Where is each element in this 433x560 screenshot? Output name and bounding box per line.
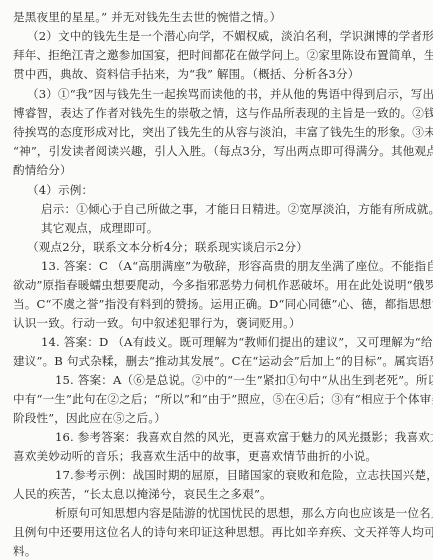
- text-line: 喜欢美妙动听的音乐；我喜欢生活中的故事，更喜欢情节曲折的小说。: [13, 447, 423, 466]
- text-line: 当。C“不虞之誉”指没有料到的赞扬。运用正确。D“同心同德”心、德，都指思想认识…: [13, 295, 423, 314]
- text-line: 欲动”原指春暖蠕虫想要爬动，今多指邪恶势力伺机作恶破坏。用在此处说明“俄罗斯商人…: [13, 276, 423, 295]
- text-line: 析原句可知思想内容是陆游的忧国忧民的思想，那么方向也应该是一位名人的这种思想，并: [55, 504, 423, 523]
- text-line: 拜年、拒绝江青之邀参加国宴，把时间都花在做学问上。②家里陈设布置简单，生活简朴。…: [13, 46, 423, 65]
- text-line: 酌情给分）: [13, 161, 423, 180]
- text-line: 其它观点，成理即可。: [41, 219, 423, 238]
- text-line: 13. 答案：C （A“高朋满座”为敬辞，形容高贵的朋友坐满了座位。不能指自己。…: [41, 257, 423, 276]
- text-line: 启示：①倾心于自己所做之事，才能日日精进。②宽厚淡泊，方能有所成就。: [41, 200, 423, 219]
- text-line: 博睿智，表达了作者对钱先生的崇敬之情，这与作品所表现的主旨是一致的。②钱先生和“…: [13, 104, 423, 123]
- text-line: （4）示例：: [27, 181, 423, 200]
- text-line: 建议”。B 句式杂糅，删去“推动其发展”。C在“运动会”后加上“的目标”。属宾语…: [13, 352, 423, 371]
- text-line: 是黑夜里的星星。” 并无对钱先生去世的惋惜之情。）: [13, 8, 423, 27]
- document-page: 是黑夜里的星星。” 并无对钱先生去世的惋惜之情。） （2）文中的钱先生是一个潜心…: [0, 0, 433, 560]
- text-line: 待挨骂的态度形成对比，突出了钱先生的从容与淡泊，丰富了钱先生的形象。③未见其人先…: [13, 123, 423, 142]
- text-line: 14. 答案：D （A有歧义。既可理解为“教师们提出的建议”，又可理解为“给教师…: [41, 333, 423, 352]
- text-line: 16. 参考答案：我喜欢自然的风光，更喜欢富于魅力的风光摄影；我喜欢大自然的音响…: [55, 428, 423, 447]
- text-line: 料。: [13, 542, 423, 560]
- text-line: 中有“一生”此句在②之后；“所以”和“由于”照应，⑤在④后；③有“相应于个体审美…: [13, 390, 423, 409]
- text-line: 且例句中还要用这位名人的诗句来印证这种思想。再比如辛弃疾、文天祥等人均可作为仿写…: [13, 523, 423, 542]
- text-line: 17.参考示例：战国时期的屈原，目睹国家的衰败和危险，立志扶国兴楚，他关心同情天…: [55, 466, 423, 485]
- text-line: 认识一致。行动一致。句中叙述犯罪行为，褒词贬用。）: [13, 314, 423, 333]
- text-line: “神”，引发读者阅读兴趣，引人入胜。（每点3分，写出两点即可得满分。其他观点言之…: [13, 142, 423, 161]
- text-line: （2）文中的钱先生是一个潜心向学，不媚权威，淡泊名利，学识渊博的学者形象。①婉谢…: [27, 27, 423, 46]
- text-line: 15. 答案：A（⑥是总说。②中的“一生”紧扣①句中“从出生到老死”。所以②在①…: [55, 371, 423, 390]
- text-line: （3）①“我”因与钱先生一起挨骂而读他的书，并从他的隽语中得到启示，写出了钱先生…: [27, 85, 423, 104]
- text-line: 阶段性”，因此应在⑤之后。）: [13, 409, 423, 428]
- text-line: （观点2分，联系文本分析4分；联系现实谈启示2分）: [27, 238, 423, 257]
- text-line: 贯中西，典故、资料信手拈来，为“我” 解围。（概括、分析各3分）: [13, 65, 423, 84]
- text-line: 人民的疾苦，“长太息以掩涕兮，哀民生之多艰”。: [13, 485, 423, 504]
